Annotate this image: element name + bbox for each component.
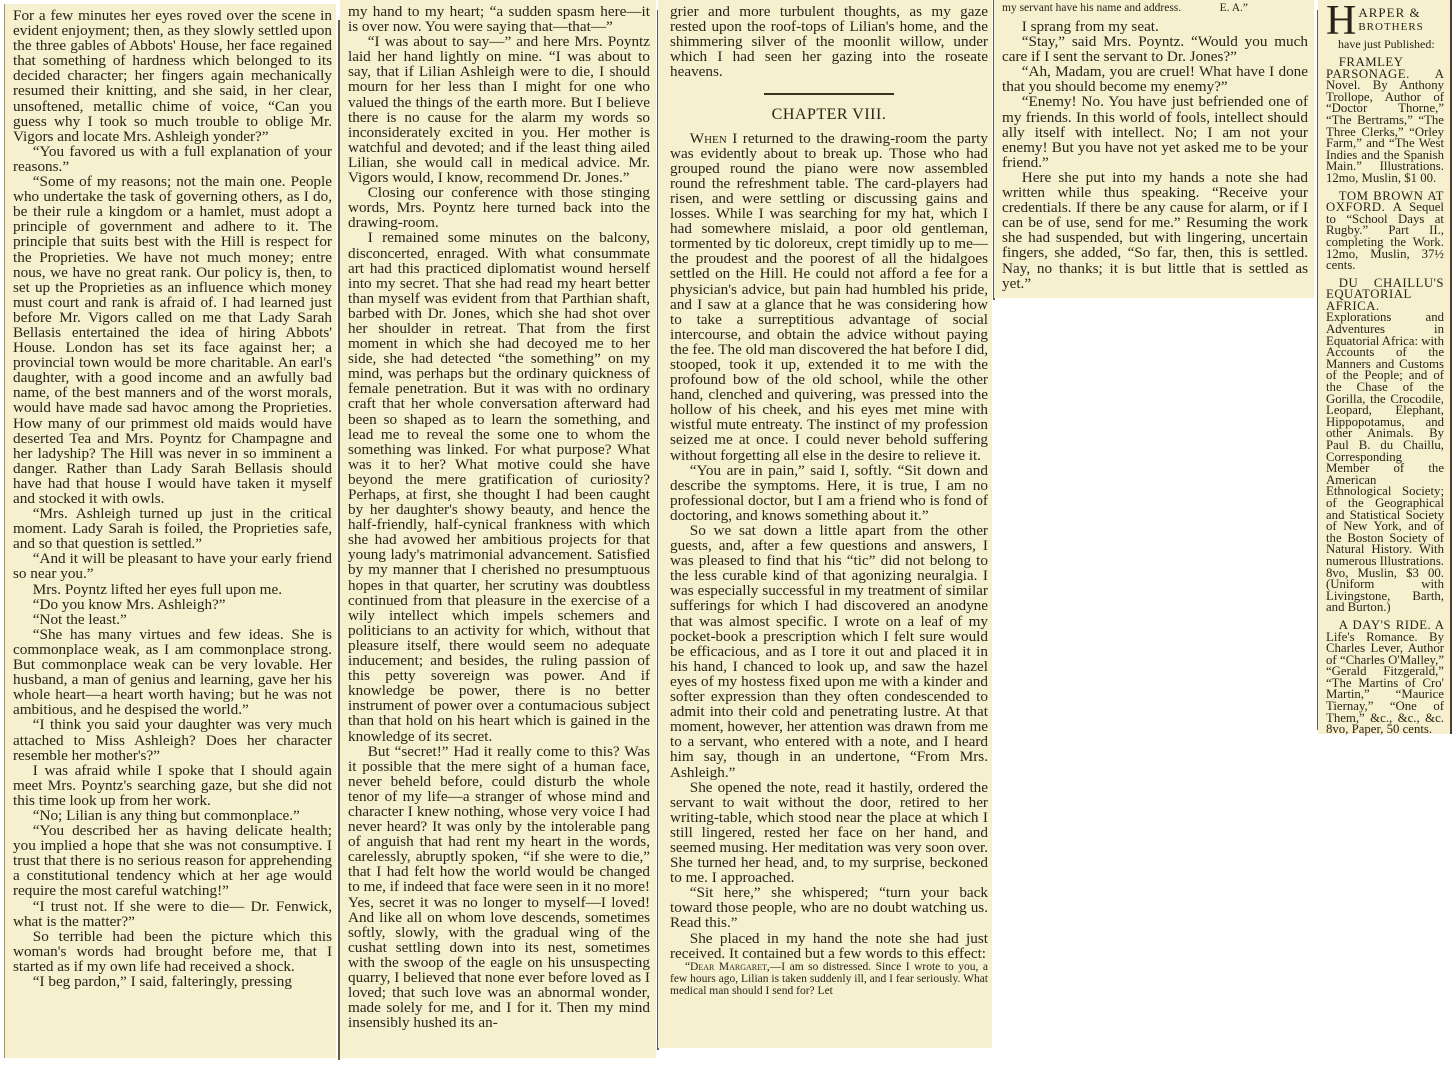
publisher-name-line2: BROTHERS [1358, 19, 1423, 34]
paragraph: Mrs. Poyntz lifted her eyes full upon me… [13, 582, 332, 597]
paragraph: “Do you know Mrs. Ashleigh?” [13, 597, 332, 612]
advertisement-column: H ARPER & BROTHERS have just Published: … [1318, 0, 1452, 734]
paragraph: But “secret!” Had it really come to this… [348, 744, 650, 1031]
chapter-heading: CHAPTER VIII. [670, 107, 988, 122]
book-title: DU CHAILLU'S EQUATORIAL AFRICA. [1326, 276, 1444, 313]
book-listing: A DAY'S RIDE. A Life's Romance. By Charl… [1326, 620, 1444, 736]
quoted-letter: “Dear Margaret,—I am so distressed. Sinc… [670, 961, 988, 997]
paragraph: She opened the note, read it hastily, or… [670, 780, 988, 886]
text-column-3: grier and more turbulent thoughts, as my… [658, 0, 992, 1048]
publisher-initial: H [1326, 4, 1356, 38]
paragraph: “I was about to say—” and here Mrs. Poyn… [348, 34, 650, 185]
letter-end: my servant have his name and address. [1002, 2, 1181, 15]
paragraph: So terrible had been the picture which t… [13, 929, 332, 974]
publisher-name-line1: ARPER & [1358, 4, 1423, 19]
letter-closing: my servant have his name and address. E.… [1002, 2, 1308, 15]
paragraph: “Ah, Madam, you are cruel! What have I d… [1002, 64, 1308, 94]
paragraph: “You described her as having delicate he… [13, 823, 332, 898]
paragraph: “I beg pardon,” I said, falteringly, pre… [13, 974, 332, 989]
paragraph: “And it will be pleasant to have your ea… [13, 551, 332, 581]
paragraph: Closing our conference with those stingi… [348, 185, 650, 230]
chapter-rule [764, 93, 894, 95]
paragraph: I sprang from my seat. [1002, 19, 1308, 34]
column-divider [1317, 10, 1318, 730]
book-description: A Sequel to “School Days at Rugby.” Part… [1326, 200, 1444, 272]
paragraph: I was afraid while I spoke that I should… [13, 763, 332, 808]
paragraph-text: I returned to the drawing-room the party… [670, 130, 988, 464]
book-listing: DU CHAILLU'S EQUATORIAL AFRICA. Explorat… [1326, 278, 1444, 614]
paragraph: So we sat down a little apart from the o… [670, 523, 988, 780]
book-description: A Life's Romance. By Charles Lever, Auth… [1326, 618, 1444, 736]
text-column-1: For a few minutes her eyes roved over th… [4, 4, 336, 1058]
text-column-4: my servant have his name and address. E.… [994, 0, 1314, 298]
paragraph: my hand to my heart; “a sudden spasm her… [348, 4, 650, 34]
paragraph: “Not the least.” [13, 612, 332, 627]
paragraph: “You favored us with a full explanation … [13, 144, 332, 174]
paragraph: “No; Lilian is any thing but commonplace… [13, 808, 332, 823]
paragraph: “Some of my reasons; not the main one. P… [13, 174, 332, 506]
paragraph: “I think you said your daughter was very… [13, 717, 332, 762]
paragraph: “Stay,” said Mrs. Poyntz. “Would you muc… [1002, 34, 1308, 64]
paragraph: I remained some minutes on the balcony, … [348, 230, 650, 743]
paragraph: grier and more turbulent thoughts, as my… [670, 4, 988, 79]
book-description: Explorations and Adventures in Equatoria… [1326, 310, 1444, 614]
paragraph: “Enemy! No. You have just befriended one… [1002, 94, 1308, 169]
paragraph: For a few minutes her eyes roved over th… [13, 8, 332, 144]
paragraph: “I trust not. If she were to die— Dr. Fe… [13, 899, 332, 929]
text-column-2: my hand to my heart; “a sudden spasm her… [340, 0, 656, 1058]
letter-salutation: Dear Margaret, [690, 961, 770, 973]
paragraph: “She has many virtues and few ideas. She… [13, 627, 332, 718]
publisher-subheading: have just Published: [1326, 38, 1444, 51]
paragraph: She placed in my hand the note she had j… [670, 931, 988, 961]
paragraph: “Mrs. Ashleigh turned up just in the cri… [13, 506, 332, 551]
paragraph: When I returned to the drawing-room the … [670, 131, 988, 463]
letter-signature: E. A.” [1220, 2, 1308, 15]
paragraph: “You are in pain,” said I, softly. “Sit … [670, 463, 988, 523]
chapter-heading-block: CHAPTER VIII. [670, 93, 988, 122]
paragraph: “Sit here,” she whispered; “turn your ba… [670, 885, 988, 930]
paragraph: Here she put into my hands a note she ha… [1002, 170, 1308, 291]
book-listing: TOM BROWN AT OXFORD. A Sequel to “School… [1326, 191, 1444, 272]
publisher-header: H ARPER & BROTHERS [1326, 4, 1444, 38]
book-listing: FRAMLEY PARSONAGE. A Novel. By Anthony T… [1326, 57, 1444, 185]
book-description: A Novel. By Anthony Trollope, Author of … [1326, 67, 1444, 185]
book-title: FRAMLEY PARSONAGE. [1326, 55, 1410, 81]
